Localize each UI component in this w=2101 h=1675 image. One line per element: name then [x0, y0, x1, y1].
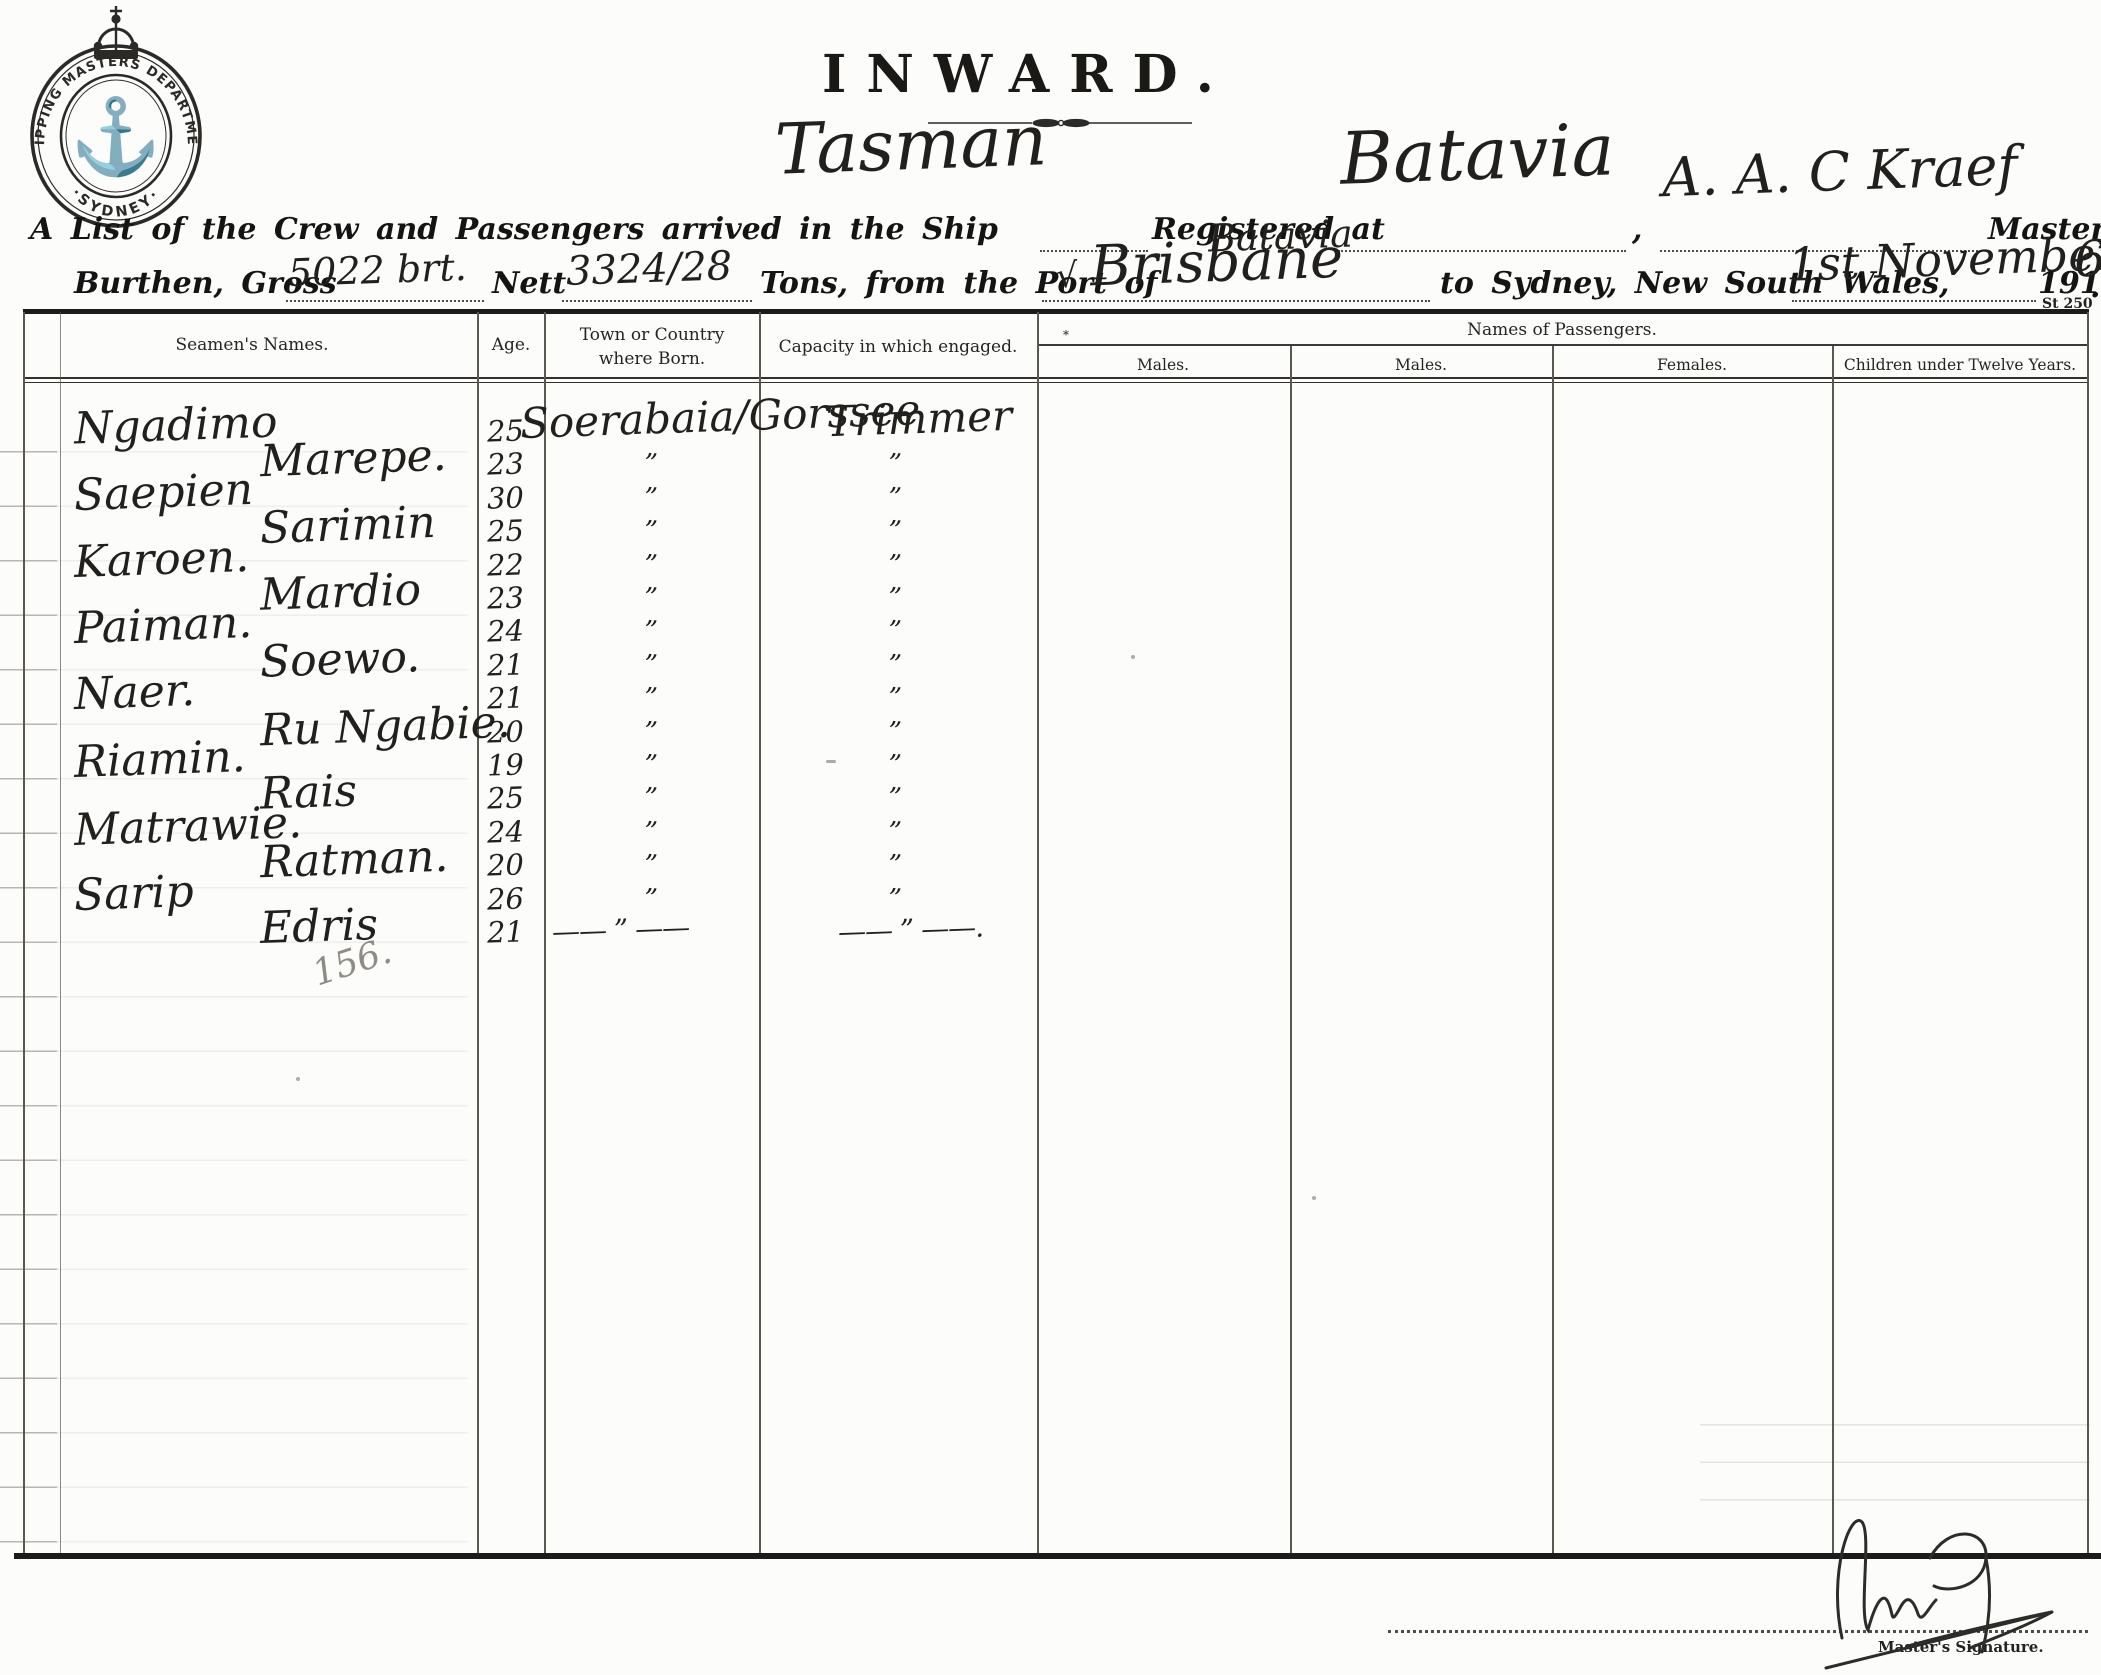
port-caret: √	[1055, 256, 1078, 297]
crew-name: Sarimin	[259, 497, 436, 554]
registered-at-value: Batavia	[1339, 107, 1616, 201]
crew-age: 22	[486, 547, 524, 582]
crew-name: Mardio	[259, 564, 422, 621]
header-born-line1: Town or Country	[580, 325, 725, 345]
header-born-line2: where Born.	[599, 349, 705, 369]
crew-name: Ratman.	[259, 831, 449, 889]
crew-name: Marepe.	[259, 430, 447, 487]
birthplace-ditto: ”	[643, 482, 658, 513]
col-line-born-capacity	[759, 312, 761, 1553]
header-males-1: Males.	[1137, 356, 1189, 374]
birthplace-ditto: ”	[643, 883, 658, 914]
capacity-ditto: ”	[887, 816, 902, 847]
crew-age: 21	[486, 647, 524, 682]
capacity-ditto: ”	[887, 482, 902, 513]
birthplace-ditto: ”	[643, 783, 658, 814]
crew-age: 24	[486, 814, 524, 849]
scan-speck	[826, 760, 836, 763]
passengers-group-underline	[1037, 344, 2088, 346]
crew-age: 21	[486, 914, 524, 949]
birthplace-ditto: ”	[643, 649, 658, 680]
line1-prefix: A List of the Crew and Passengers arrive…	[30, 212, 998, 247]
birthplace-ditto: ”	[643, 616, 658, 647]
capacity-ditto: ”	[887, 449, 902, 480]
crew-name: Karoen.	[73, 531, 250, 588]
col-line-males1-males2	[1290, 346, 1292, 1553]
registered-at-underline	[1338, 250, 1626, 252]
capacity-ditto: ”	[887, 683, 902, 714]
table-bottom-border	[14, 1553, 2101, 1559]
crew-age: 25	[486, 514, 524, 549]
crew-age: 20	[486, 714, 524, 749]
shipping-masters-seal: SHIPPING MASTERS DEPARTMENT ·SYDNEY· ⚓	[26, 4, 206, 230]
date-underline	[1792, 300, 2036, 302]
capacity-ditto: ”	[887, 549, 902, 580]
inward-crew-list-document: SHIPPING MASTERS DEPARTMENT ·SYDNEY· ⚓ I…	[0, 0, 2101, 1675]
nett-underline	[562, 300, 752, 302]
capacity-ditto: ”	[887, 883, 902, 914]
crew-name: Saepien	[73, 464, 254, 521]
crew-name: Naer.	[73, 665, 196, 720]
table-right-border	[2087, 312, 2089, 1553]
crew-age: 20	[486, 848, 524, 883]
crew-name: Ru Ngabie.	[259, 696, 511, 756]
line1-separator: ,	[1632, 212, 1642, 247]
birthplace-ditto: ”	[643, 750, 658, 781]
header-children: Children under Twelve Years.	[1844, 356, 2076, 374]
col-line-females-children	[1832, 346, 1834, 1553]
header-capacity: Capacity in which engaged.	[779, 337, 1018, 357]
header-underline	[23, 377, 2088, 383]
crew-name: Riamin.	[73, 731, 246, 788]
capacity-ditto: ”	[887, 616, 902, 647]
birthplace-ditto: ”	[643, 549, 658, 580]
header-seamens-names: Seamen's Names.	[175, 335, 328, 355]
header-males-2: Males.	[1395, 356, 1447, 374]
birthplace-ditto: ”	[643, 683, 658, 714]
capacity-ditto: ”	[887, 583, 902, 614]
crew-name: Soewo.	[259, 631, 421, 688]
header-females: Females.	[1657, 356, 1727, 374]
anchor-icon: ⚓	[70, 94, 162, 180]
crew-age: 23	[486, 447, 524, 482]
crew-age: 24	[486, 614, 524, 649]
capacity-value: Trimmer	[825, 391, 1013, 446]
nett-label: Nett	[492, 266, 566, 301]
crew-name: Paiman.	[73, 597, 253, 654]
master-name-value: A. A. C Kraef	[1661, 134, 2018, 209]
crown-icon	[94, 6, 138, 59]
gross-underline	[286, 300, 484, 302]
crew-age: 25	[486, 413, 524, 448]
capacity-ditto: ”	[887, 850, 902, 881]
scan-speck	[296, 1077, 300, 1081]
crew-age: 19	[486, 747, 524, 782]
capacity-ditto: ”	[887, 516, 902, 547]
crew-age: 23	[486, 580, 524, 615]
port-underline	[1042, 300, 1430, 302]
col-line-names-age	[477, 312, 479, 1553]
ship-name-value: Tasman	[774, 99, 1049, 190]
crew-age: 26	[486, 881, 524, 916]
birthplace-ditto-dash: —— ” ——	[551, 911, 689, 949]
nett-value: 3324/28	[565, 243, 733, 295]
scan-speck	[1312, 1196, 1316, 1200]
header-age: Age.	[492, 335, 531, 355]
birthplace-ditto: ”	[643, 716, 658, 747]
col-line-capacity-passengers	[1037, 312, 1039, 1553]
birthplace-ditto: ”	[643, 449, 658, 480]
passengers-marker: *	[1063, 328, 1069, 342]
port-value: Brisbane	[1089, 226, 1344, 300]
crew-age: 25	[486, 781, 524, 816]
ruled-lines-left-margin	[0, 398, 57, 1548]
birthplace-ditto: ”	[643, 816, 658, 847]
capacity-ditto: ”	[887, 750, 902, 781]
crew-name: Ngadimo	[73, 396, 278, 454]
birthplace-ditto: ”	[643, 516, 658, 547]
birthplace-ditto: ”	[643, 583, 658, 614]
table-top-border	[23, 309, 2089, 314]
capacity-ditto-dash: —— ” ——.	[837, 910, 983, 948]
table-left-border	[23, 312, 25, 1553]
crew-name: Sarip	[73, 866, 194, 921]
capacity-ditto: ”	[887, 783, 902, 814]
header-passengers-group: Names of Passengers.	[1467, 320, 1657, 340]
col-line-age-born	[544, 312, 546, 1553]
capacity-ditto: ”	[887, 716, 902, 747]
capacity-ditto: ”	[887, 649, 902, 680]
col-line-males2-females	[1552, 346, 1554, 1553]
masters-signature	[1808, 1496, 2078, 1674]
margin-column-line	[60, 312, 61, 1553]
birthplace-ditto: ”	[643, 850, 658, 881]
gross-value: 5022 brt.	[287, 245, 467, 295]
crew-age: 30	[486, 480, 524, 515]
page-title: INWARD.	[822, 44, 1234, 105]
scan-speck	[1131, 655, 1135, 659]
